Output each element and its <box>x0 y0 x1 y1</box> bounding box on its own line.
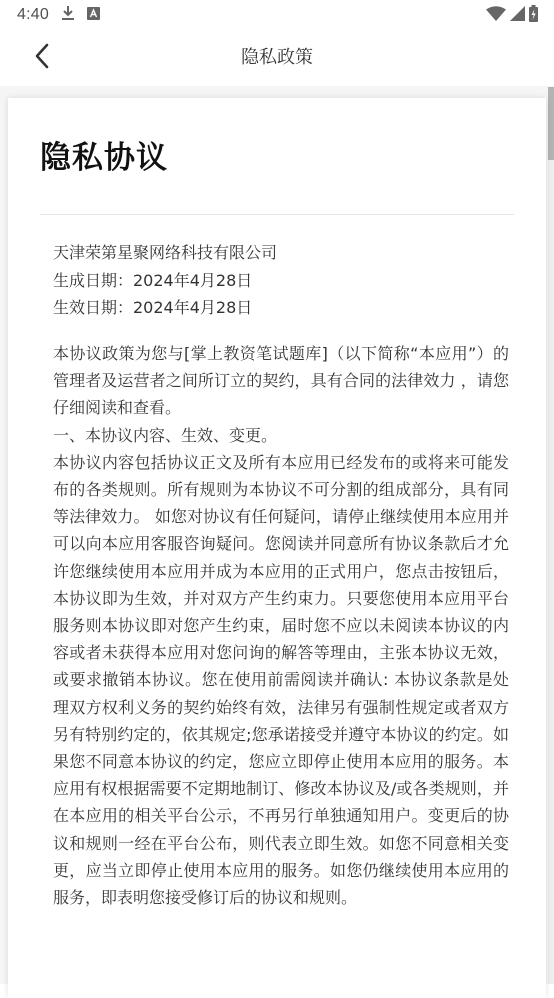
paragraph-section-1: 本协议内容包括协议正文及所有本应用已经发布的或将来可能发布的各类规则。所有规则为… <box>53 449 509 911</box>
generated-date: 生成日期：2024年4月28日 <box>53 267 523 295</box>
effective-date: 生效日期：2024年4月28日 <box>53 294 523 322</box>
a-notification-icon <box>87 6 100 24</box>
status-bar: 4:40 <box>0 0 554 30</box>
app-bar-title: 隐私政策 <box>0 43 554 69</box>
company-name: 天津荣第星聚网络科技有限公司 <box>53 239 523 267</box>
document-card: 隐私协议 天津荣第星聚网络科技有限公司 生成日期：2024年4月28日 生效日期… <box>8 98 546 984</box>
app-bar: 隐私政策 <box>0 30 554 86</box>
status-bar-right <box>486 5 538 26</box>
wifi-icon <box>486 6 506 25</box>
document-meta: 天津荣第星聚网络科技有限公司 生成日期：2024年4月28日 生效日期：2024… <box>53 239 523 322</box>
title-divider <box>40 214 514 215</box>
battery-charging-icon <box>529 5 538 26</box>
download-icon <box>61 5 75 25</box>
document-title: 隐私协议 <box>40 132 168 177</box>
status-time: 4:40 <box>17 6 49 24</box>
paragraph-intro: 本协议政策为您与[掌上教资笔试题库]（以下简称“本应用”）的管理者及运营者之间所… <box>53 340 509 422</box>
scrollbar-thumb[interactable] <box>548 87 554 160</box>
signal-icon <box>510 6 525 25</box>
document-body: 本协议政策为您与[掌上教资笔试题库]（以下简称“本应用”）的管理者及运营者之间所… <box>53 340 509 911</box>
status-bar-left: 4:40 <box>17 5 100 25</box>
scroll-track[interactable] <box>548 87 554 984</box>
section-heading-1: 一、本协议内容、生效、变更。 <box>53 422 509 449</box>
